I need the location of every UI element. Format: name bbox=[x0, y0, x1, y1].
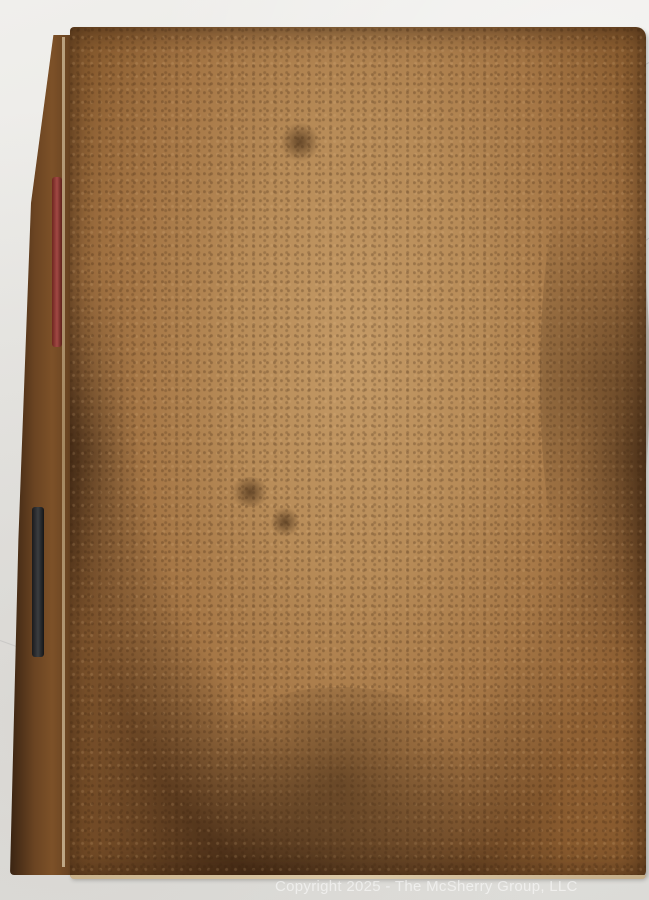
spine-label-dark bbox=[32, 507, 44, 657]
spine-label-red bbox=[52, 177, 62, 347]
leather-stain bbox=[540, 127, 649, 627]
leather-stain bbox=[230, 477, 270, 507]
leather-stain bbox=[280, 122, 320, 162]
leather-stain bbox=[270, 507, 300, 537]
book bbox=[10, 27, 646, 877]
leather-stain bbox=[190, 687, 490, 877]
cover-hinge bbox=[62, 37, 65, 867]
book-front-cover bbox=[70, 27, 646, 877]
copyright-watermark: Copyright 2025 - The McSherry Group, LLC bbox=[275, 878, 578, 895]
